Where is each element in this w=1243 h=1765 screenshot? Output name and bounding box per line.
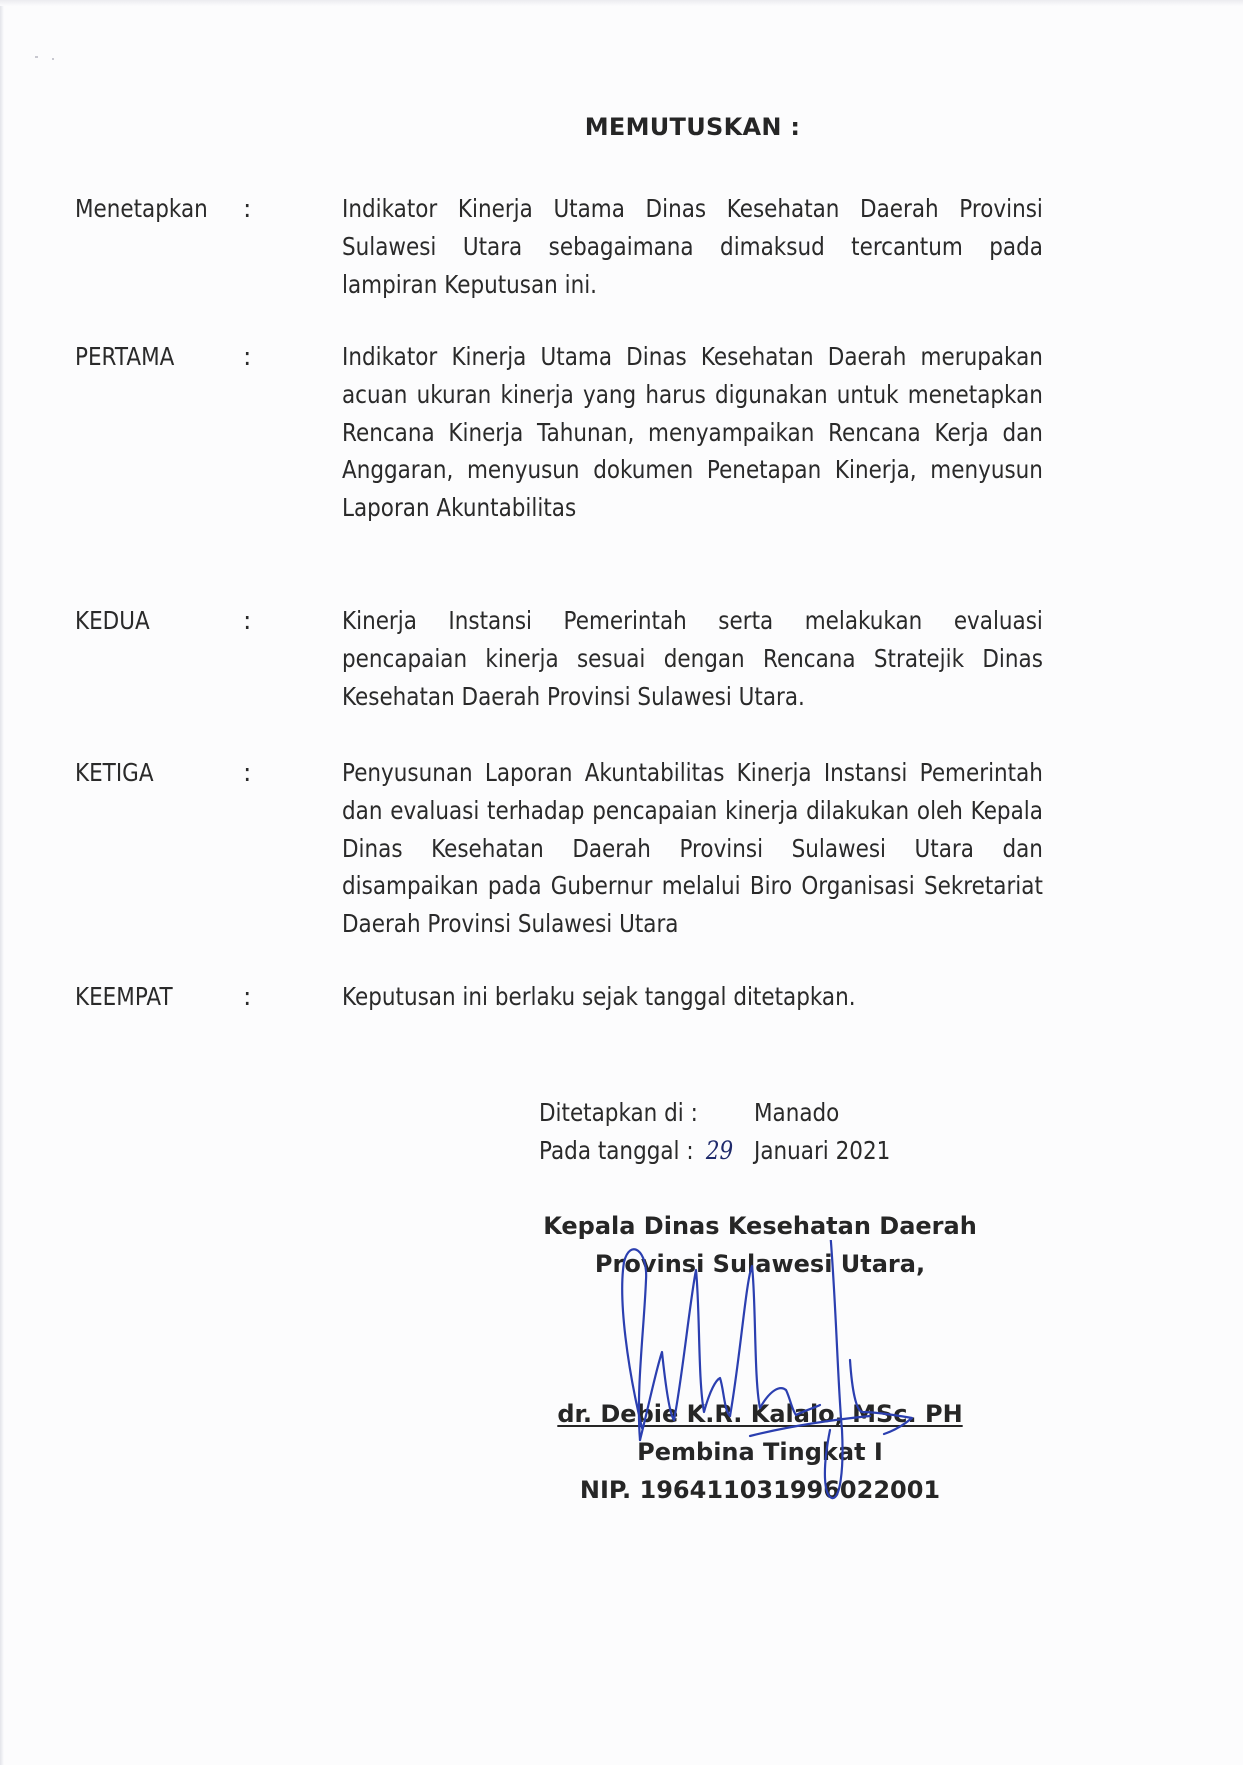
- clause-text: Kinerja Instansi Pemerintah serta melaku…: [342, 602, 1043, 715]
- clause-colon: :: [243, 602, 251, 640]
- date-value: Januari 2021: [754, 1136, 890, 1165]
- place-label: Ditetapkan di :: [539, 1094, 754, 1132]
- clause-text: Keputusan ini berlaku sejak tanggal dite…: [342, 978, 1043, 1016]
- page-edge-shadow: [0, 0, 4, 1765]
- signatory-name: dr. Debie K.R. Kalalo, MSc. PH: [520, 1400, 1000, 1428]
- scan-speck: [35, 56, 38, 58]
- clause-label: KETIGA: [75, 754, 154, 792]
- clause-label: Menetapkan: [75, 190, 208, 228]
- enactment-place: Ditetapkan di :Manado: [539, 1094, 839, 1132]
- signatory-nip: NIP. 196411031996022001: [520, 1476, 1000, 1504]
- clause-label: KEDUA: [75, 602, 150, 640]
- signatory-position-line1: Kepala Dinas Kesehatan Daerah: [520, 1212, 1000, 1240]
- clause-label: KEEMPAT: [75, 978, 173, 1016]
- decision-heading: MEMUTUSKAN :: [0, 113, 1243, 141]
- scan-speck: [52, 58, 54, 60]
- page-top-shadow: [0, 0, 1243, 6]
- signatory-rank: Pembina Tingkat I: [520, 1438, 1000, 1466]
- clause-text: Indikator Kinerja Utama Dinas Kesehatan …: [342, 338, 1043, 527]
- clause-colon: :: [243, 338, 251, 376]
- enactment-date: Pada tanggal :29Januari 2021: [539, 1132, 890, 1170]
- clause-text: Indikator Kinerja Utama Dinas Kesehatan …: [342, 190, 1043, 303]
- clause-colon: :: [243, 754, 251, 792]
- signatory-position-line2: Provinsi Sulawesi Utara,: [520, 1250, 1000, 1278]
- clause-colon: :: [243, 978, 251, 1016]
- clause-colon: :: [243, 190, 251, 228]
- place-value: Manado: [754, 1098, 839, 1127]
- clause-text: Penyusunan Laporan Akuntabilitas Kinerja…: [342, 754, 1043, 943]
- clause-label: PERTAMA: [75, 338, 174, 376]
